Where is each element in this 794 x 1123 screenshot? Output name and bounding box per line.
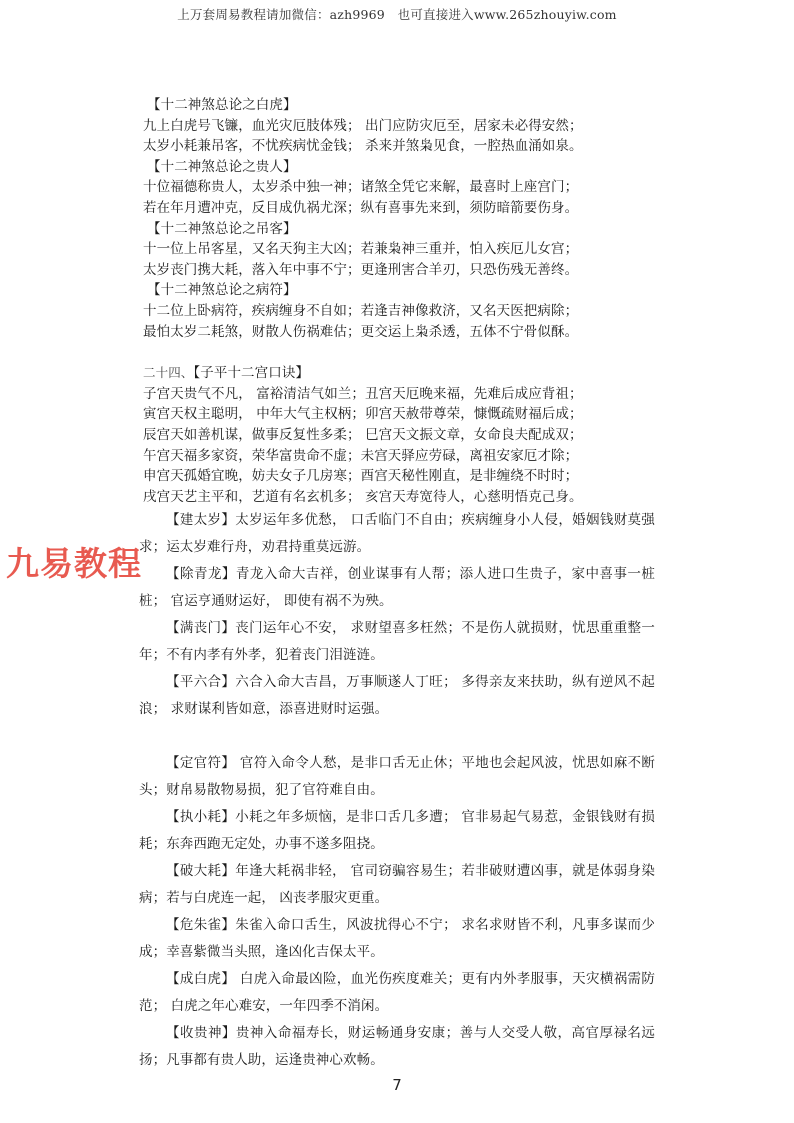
verse-line: 九上白虎号飞镰，血光灾厄肢体残； 出门应防灾厄至，居家未必得安然； [143,116,663,137]
paragraph-label: 【执小耗】 [166,809,235,825]
verse-block-bingfu: 【十二神煞总论之病符】 十二位上卧病符，疾病缠身不自如；若逢吉神像救济，又名天医… [143,280,663,342]
paragraph-label: 【危朱雀】 [166,917,235,933]
verse-block-guiren: 【十二神煞总论之贵人】 十位福德称贵人，太岁杀中独一神；诸煞全凭它来解，最喜时上… [143,157,663,219]
paragraph-po-dahao: 【破大耗】年逢大耗祸非轻， 官司窃骗容易生；若非破财遭凶事，就是体弱身染病；若与… [139,858,655,912]
section-number: 二十四、 [143,365,193,380]
paragraph-label: 【除青龙】 [166,566,236,582]
verse-heading: 【十二神煞总论之病符】 [143,280,663,301]
verse-heading: 【十二神煞总论之贵人】 [143,157,663,178]
verse-line: 十一位上吊客星，又名天狗主大凶；若兼枭神三重并，怕入疾厄儿女宫； [143,239,663,260]
paragraph-man-sangmen: 【满丧门】丧门运年心不安， 求财望喜多枉然；不是伤人就损财，忧思重重整一年；不有… [139,615,655,669]
verse-line: 太岁丧门携大耗，落入年中事不宁；更逢刑害合羊刃，只恐伤残无善终。 [143,260,663,281]
paragraph-label: 【成白虎】 [166,971,235,987]
verse-line: 十位福德称贵人，太岁杀中独一神；诸煞全凭它来解，最喜时上座宫门； [143,177,663,198]
verse-heading: 【十二神煞总论之吊客】 [143,219,663,240]
palace-verses: 子宫天贵气不凡， 富裕清洁气如兰；丑宫天厄晚来福，先难后成应背祖； 寅宫天权主聪… [143,384,663,508]
paragraph-label: 【建太岁】 [166,512,235,528]
palace-line: 午宫天福多家资，荣华富贵命不虚；未宫天驿应劳碌，离祖安家厄才除； [143,446,663,467]
paragraph-ding-guanfu: 【定官符】 官符入命令人愁，是非口舌无止休；平地也会起风波，忧思如麻不断头；财帛… [139,750,655,804]
palace-line: 申宫天孤婚宜晚，妨夫女子几房寒；酉宫天秘性刚直，是非缠绕不时时； [143,466,663,487]
verse-line: 若在年月遭冲克，反目成仇祸尤深；纵有喜事先来到，须防暗箭要伤身。 [143,198,663,219]
verse-block-baihu: 【十二神煞总论之白虎】 九上白虎号飞镰，血光灾厄肢体残； 出门应防灾厄至，居家未… [143,95,663,157]
paragraph-cheng-baihu: 【成白虎】 白虎入命最凶险，血光伤疾度难关；更有内外孝服事，天灾横祸需防范； 白… [139,966,655,1020]
page-number: 7 [0,1076,794,1094]
palace-line: 辰宫天如善机谋，做事反复性多柔； 巳宫天文振文章，女命良夫配成双； [143,425,663,446]
paragraph-zhi-xiaohao: 【执小耗】小耗之年多烦恼，是非口舌几多遭； 官非易起气易惹，金银钱财有损耗；东奔… [139,804,655,858]
watermark-logo: 九易教程 [6,538,142,585]
palace-line: 戌宫天艺主平和，艺道有名玄机多； 亥宫天寿宽待人，心慈明悟克己身。 [143,487,663,508]
paragraph-jian-taisui: 【建太岁】太岁运年多优愁， 口舌临门不自由；疾病缠身小人侵，婚姻钱财莫强求；运太… [139,507,655,561]
section-title: 二十四、【子平十二宫口诀】 [143,363,663,384]
verse-line: 十二位上卧病符，疾病缠身不自如；若逢吉神像救济，又名天医把病除； [143,301,663,322]
verse-heading: 【十二神煞总论之白虎】 [143,95,663,116]
paragraph-label: 【破大耗】 [166,863,235,879]
verse-block-diaoke: 【十二神煞总论之吊客】 十一位上吊客星，又名天狗主大凶；若兼枭神三重并，怕入疾厄… [143,219,663,281]
verse-line: 太岁小耗兼吊客，不忧疾病忧金钱； 杀来并煞枭见食，一腔热血涌如泉。 [143,136,663,157]
palace-line: 寅宫天权主聪明， 中年大气主权柄；卯宫天赦带尊荣，慷慨疏财福后成； [143,404,663,425]
paragraph-label: 【满丧门】 [166,620,235,636]
section-heading: 【子平十二宫口诀】 [193,365,309,381]
paragraph-label: 【收贵神】 [166,1025,236,1041]
paragraph-chu-qinglong: 【除青龙】青龙入命大吉祥，创业谋事有人帮；添人进口生贵子，家中喜事一桩桩； 官运… [139,561,655,615]
paragraph-wei-zhuque: 【危朱雀】朱雀入命口舌生，风波扰得心不宁； 求名求财皆不利，凡事多谋而少成；幸喜… [139,912,655,966]
paragraph-shou-guishen: 【收贵神】贵神入命福寿长，财运畅通身安康；善与人交受人敬，高官厚禄名远扬；凡事都… [139,1020,655,1074]
palace-line: 子宫天贵气不凡， 富裕清洁气如兰；丑宫天厄晚来福，先难后成应背祖； [143,384,663,405]
paragraph-ping-liuhe: 【平六合】六合入命大吉昌，万事顺遂人丁旺； 多得亲友来扶助，纵有逆风不起浪； 求… [139,669,655,723]
header-banner: 上万套周易教程请加微信：azh9969 也可直接进入www.265zhouyiw… [0,5,794,23]
paragraph-label: 【平六合】 [166,674,235,690]
page-content: 【十二神煞总论之白虎】 九上白虎号飞镰，血光灾厄肢体残； 出门应防灾厄至，居家未… [143,95,663,1074]
verse-line: 最怕太岁二耗煞，财散人伤祸难估；更交运上枭杀透，五体不宁骨似酥。 [143,322,663,343]
paragraph-label: 【定官符】 [166,755,235,771]
